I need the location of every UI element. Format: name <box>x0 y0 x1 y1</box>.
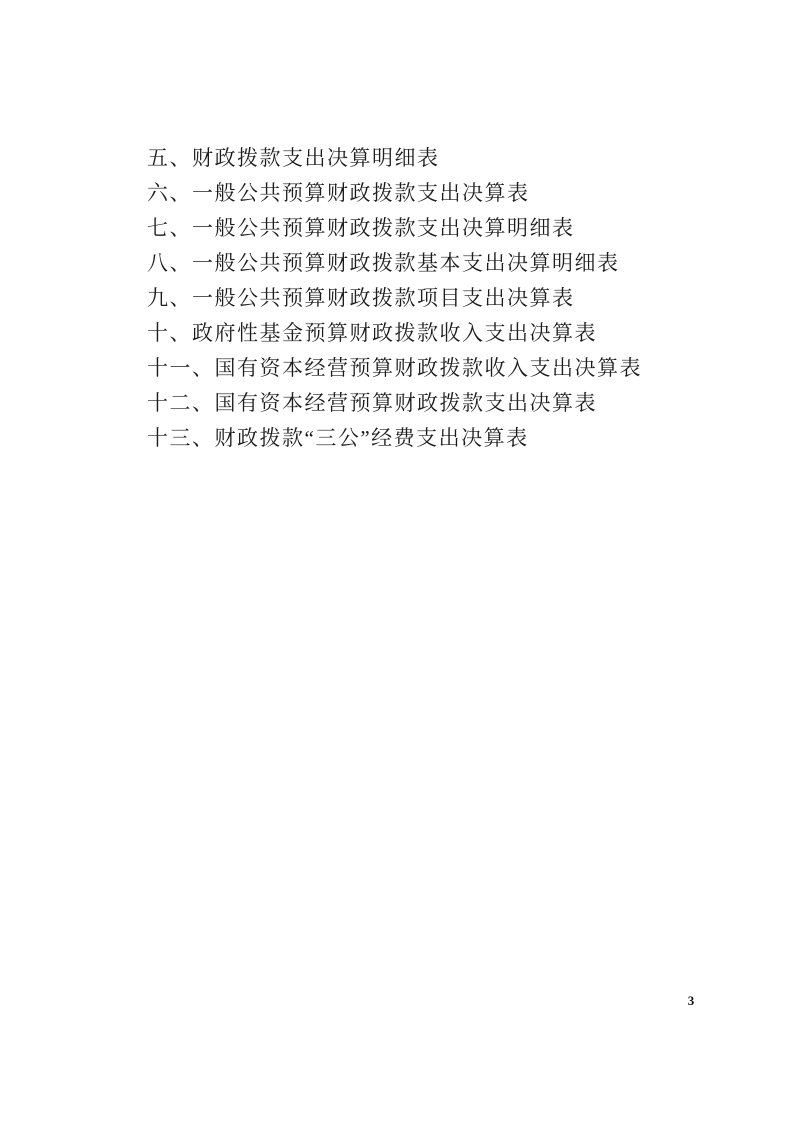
toc-item: 十、政府性基金预算财政拨款收入支出决算表 <box>147 316 707 351</box>
document-page: 五、财政拨款支出决算明细表 六、一般公共预算财政拨款支出决算表 七、一般公共预算… <box>0 0 793 1122</box>
toc-item: 十一、国有资本经营预算财政拨款收入支出决算表 <box>147 351 707 386</box>
page-number: 3 <box>681 993 701 1009</box>
toc-item: 六、一般公共预算财政拨款支出决算表 <box>147 176 707 211</box>
toc-item: 八、一般公共预算财政拨款基本支出决算明细表 <box>147 246 707 281</box>
toc-item: 十二、国有资本经营预算财政拨款支出决算表 <box>147 386 707 421</box>
toc-item: 九、一般公共预算财政拨款项目支出决算表 <box>147 281 707 316</box>
toc-item: 十三、财政拨款“三公”经费支出决算表 <box>147 421 707 456</box>
toc-item: 五、财政拨款支出决算明细表 <box>147 141 707 176</box>
table-of-contents: 五、财政拨款支出决算明细表 六、一般公共预算财政拨款支出决算表 七、一般公共预算… <box>147 141 707 456</box>
toc-item: 七、一般公共预算财政拨款支出决算明细表 <box>147 211 707 246</box>
